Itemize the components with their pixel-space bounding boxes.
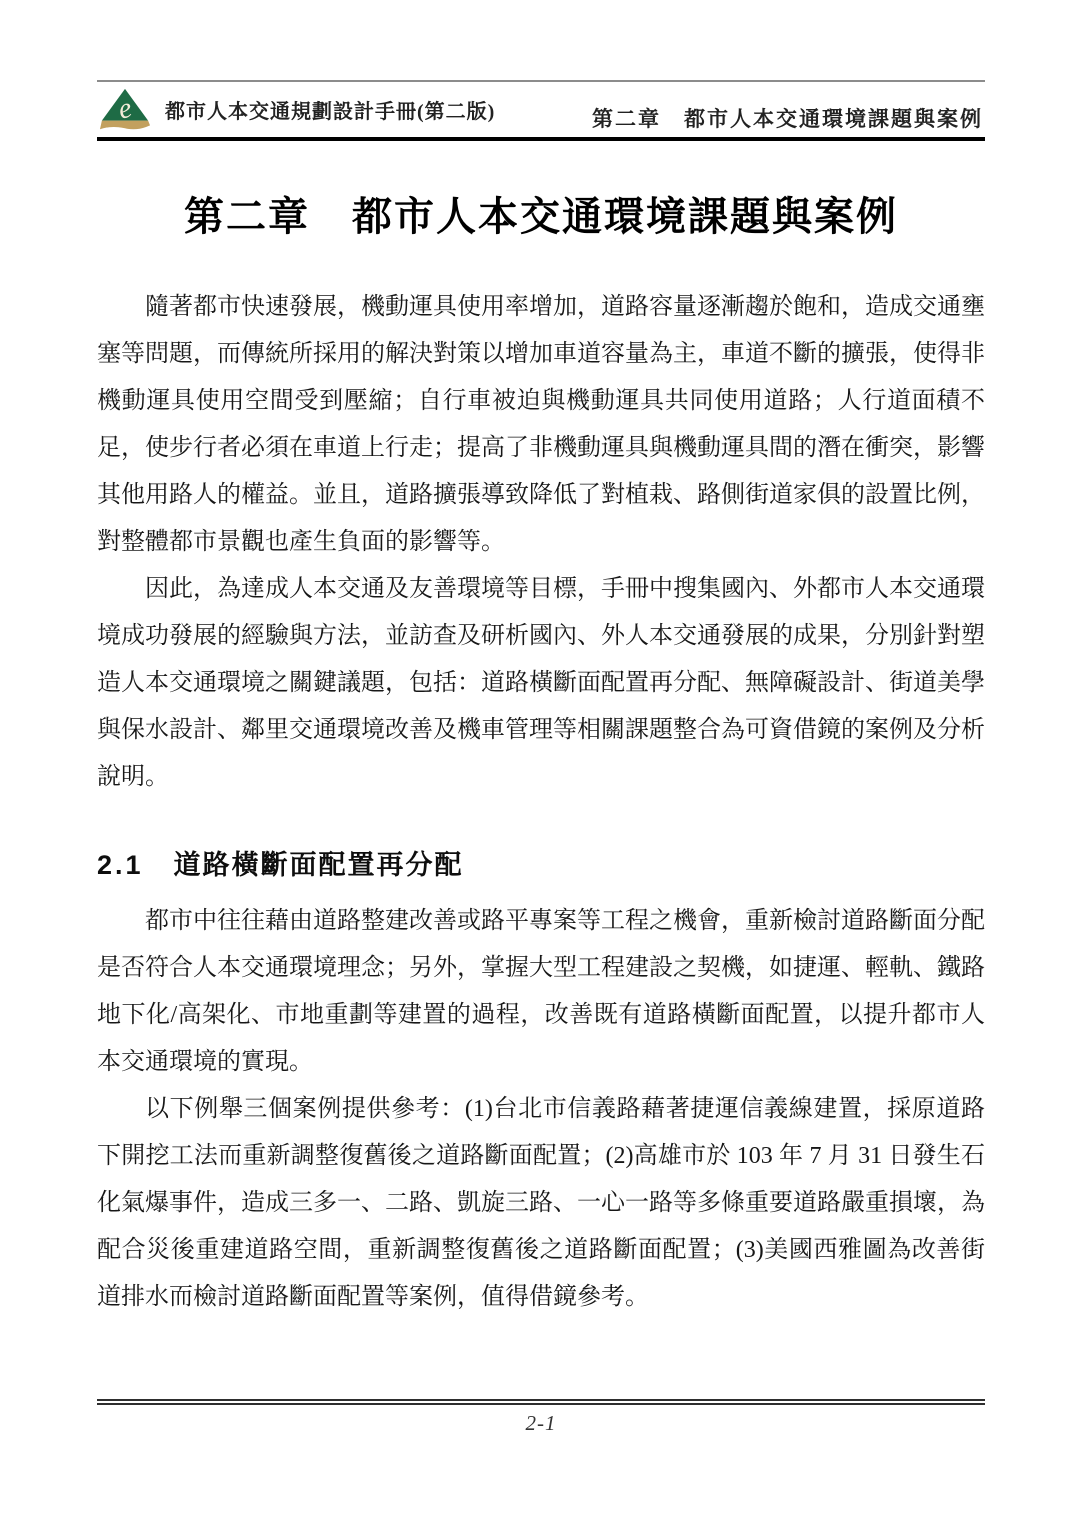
intro-paragraph: 因此，為達成人本交通及友善環境等目標，手冊中搜集國內、外都市人本交通環境成功發展… [97,566,985,801]
header-brand: e 都市人本交通規劃設計手冊(第二版) [99,87,495,133]
manual-logo-icon: e [99,87,151,133]
chapter-title: 第二章 都市人本交通環境課題與案例 [97,185,985,242]
section-heading-2-1: 2.1 道路橫斷面配置再分配 [97,843,985,882]
page-number: 2-1 [97,1411,985,1436]
chapter-body: 隨著都市快速發展，機動運具使用率增加，道路容量逐漸趨於飽和，造成交通壅塞等問題，… [97,284,985,1321]
section-paragraph: 都市中往往藉由道路整建改善或路平專案等工程之機會，重新檢討道路斷面分配是否符合人… [97,898,985,1086]
header-bottom-rule [97,137,985,141]
document-page: e 都市人本交通規劃設計手冊(第二版) 第二章 都市人本交通環境課題與案例 第二… [97,0,985,1321]
footer-rule [97,1399,985,1405]
header-manual-title: 都市人本交通規劃設計手冊(第二版) [165,95,495,124]
page-footer: 2-1 [97,1399,985,1436]
page-header: e 都市人本交通規劃設計手冊(第二版) 第二章 都市人本交通環境課題與案例 [97,82,985,137]
section-paragraph: 以下例舉三個案例提供參考：(1)台北市信義路藉著捷運信義線建置，採原道路下開挖工… [97,1086,985,1321]
header-chapter-title: 第二章 都市人本交通環境課題與案例 [592,103,983,137]
section-number: 2.1 [97,850,144,881]
intro-paragraph: 隨著都市快速發展，機動運具使用率增加，道路容量逐漸趨於飽和，造成交通壅塞等問題，… [97,284,985,566]
section-title: 道路橫斷面配置再分配 [174,843,464,882]
